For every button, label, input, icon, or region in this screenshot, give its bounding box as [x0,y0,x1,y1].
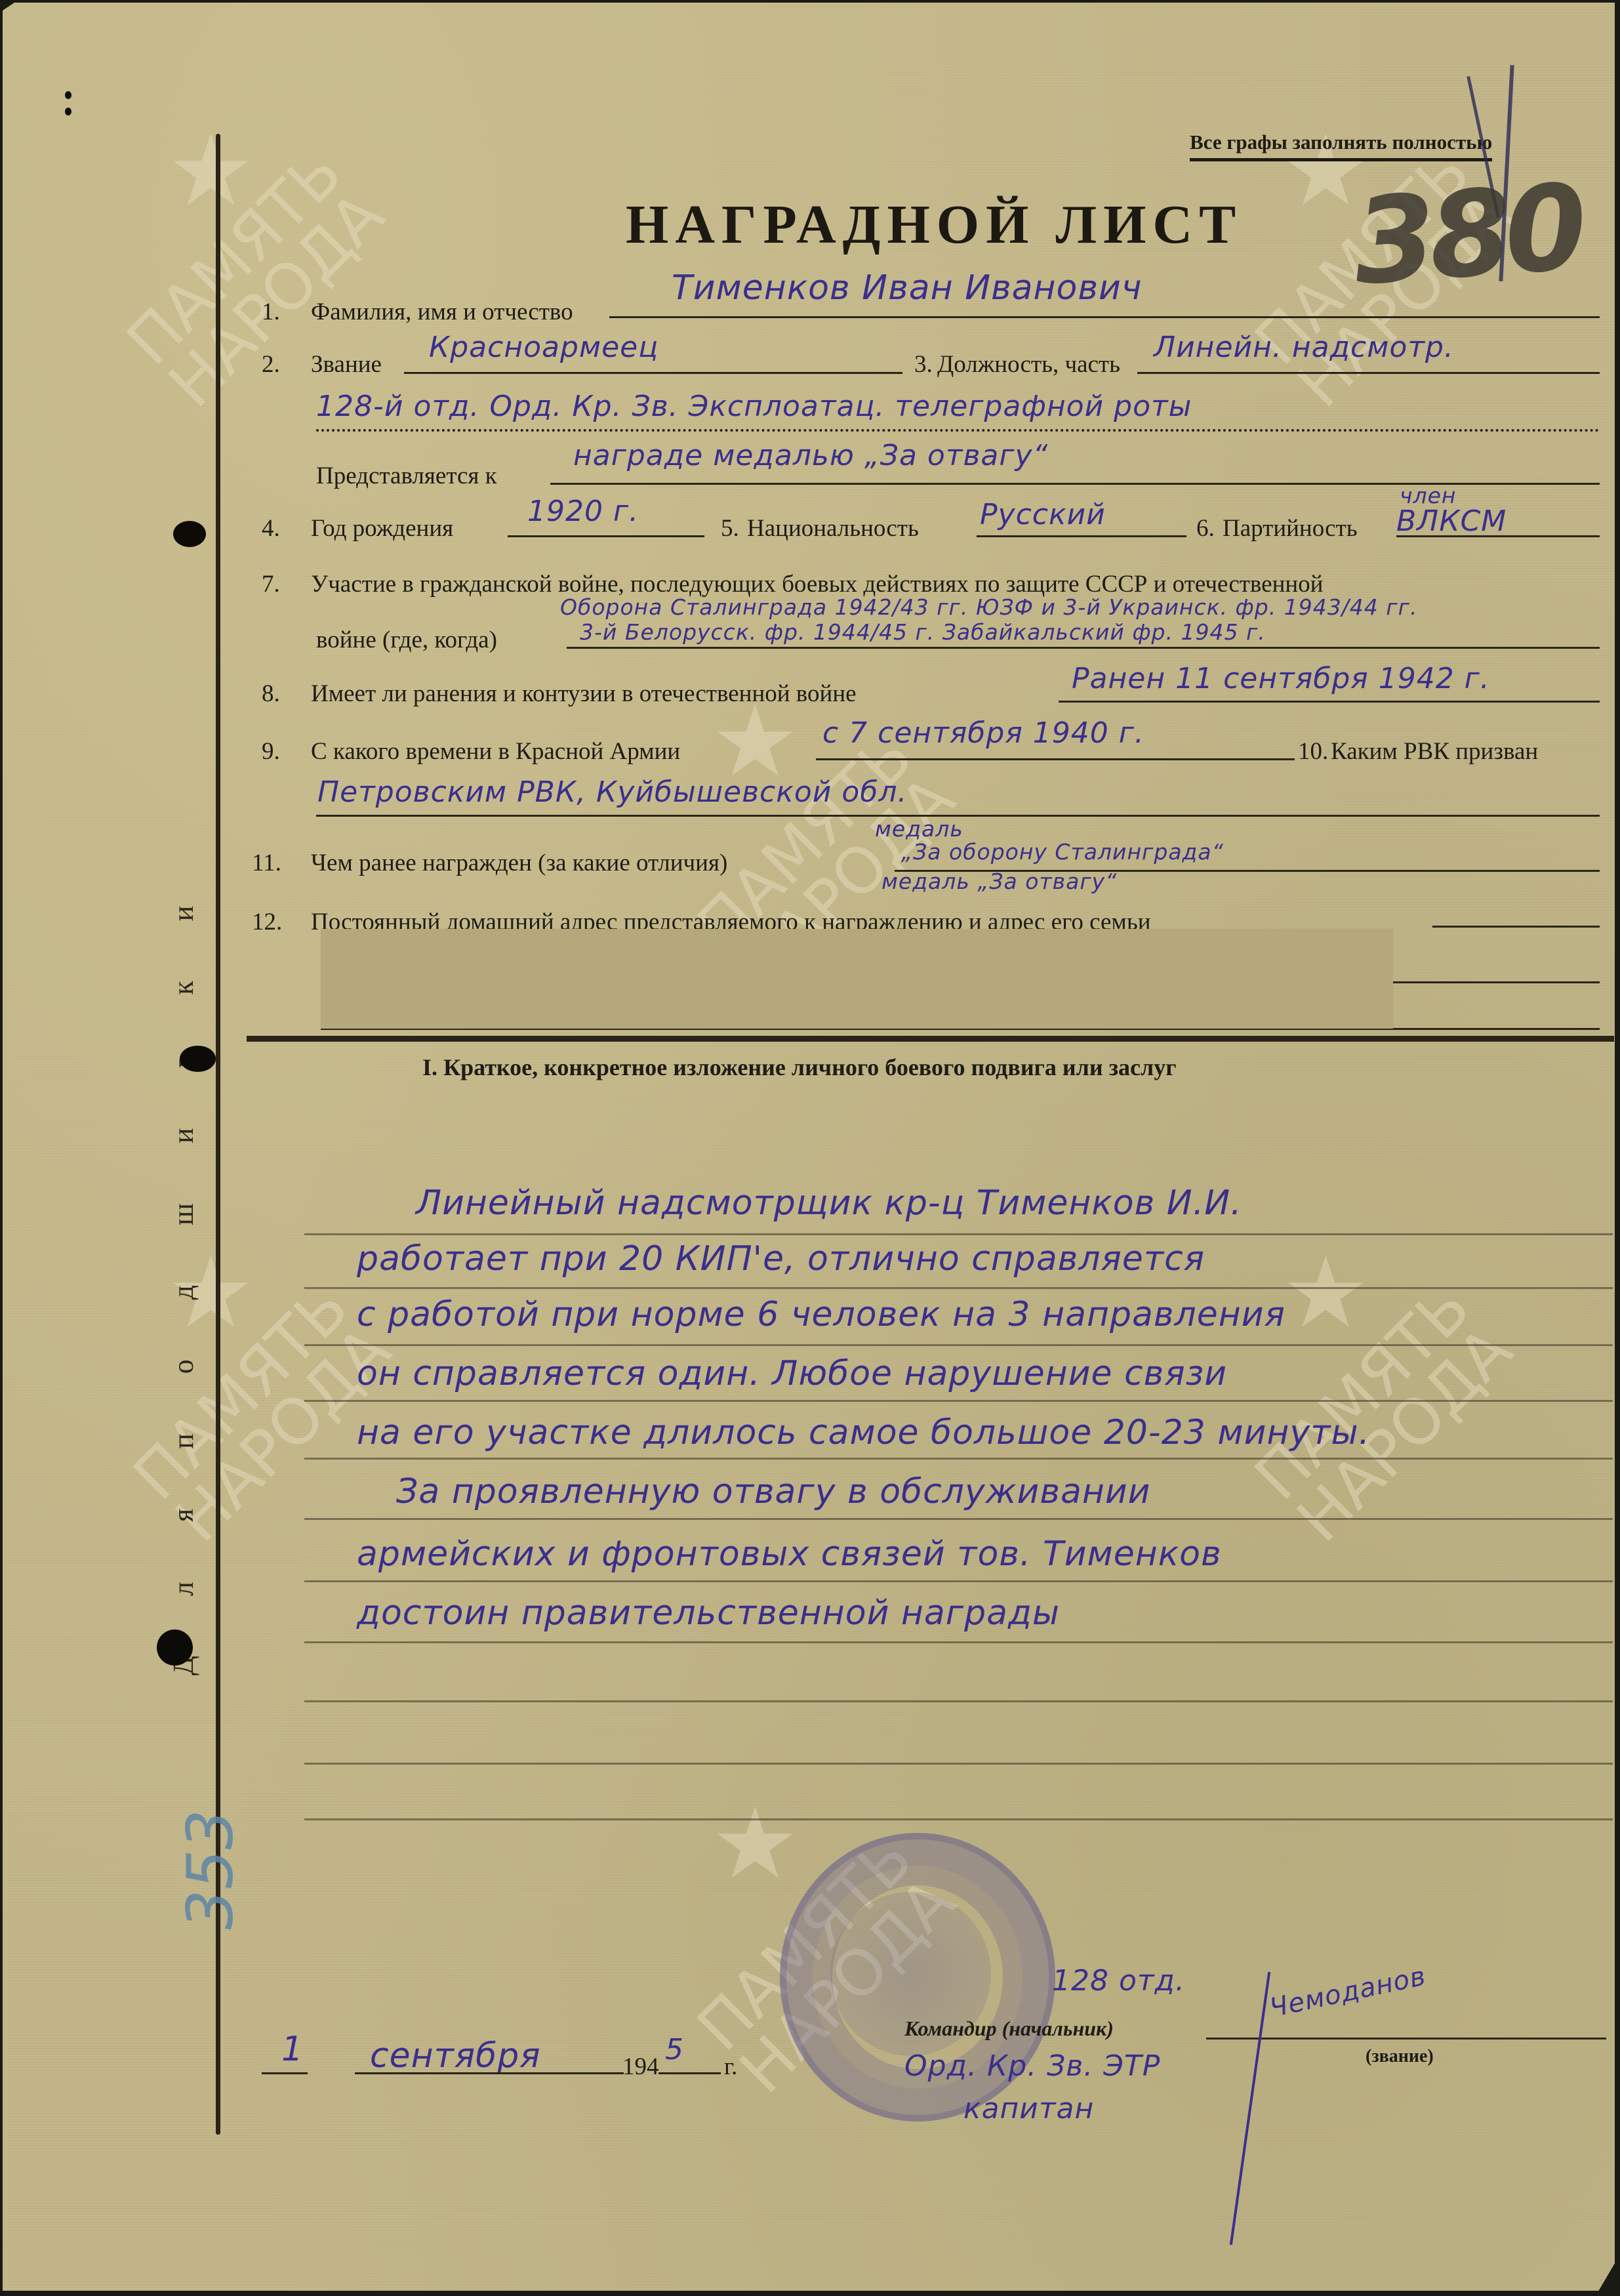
field-4-value: 1920 г. [527,495,639,528]
narrative-rule [304,1458,1613,1460]
field-2-value: Красноармеец [429,331,658,364]
narrative-rule [304,1233,1613,1235]
nominated-value: награде медалью „За отвагу“ [573,439,1048,472]
archive-number: 380 [1349,159,1585,312]
date-day: 1 [281,2030,304,2069]
field-3-value: Линейн. надсмотр. [1154,331,1454,364]
narrative-rule [304,1580,1613,1582]
section-title: I. Краткое, конкретное изложение личного… [422,1054,1177,1081]
field-12-underline [1432,926,1600,928]
field-11-value-line2: медаль „За отвагу“ [881,869,1117,894]
narrative-rule [304,1818,1613,1820]
field-1-underline [609,316,1600,318]
signature-stroke [1230,1972,1270,2245]
date-year-prefix: 194 [622,2053,659,2081]
unit-line-2: Орд. Кр. Зв. ЭТР [904,2049,1160,2083]
narrative-rule [304,1344,1613,1346]
field-7-value-line2: 3-й Белорусск. фр. 1944/45 г. Забайкальс… [580,619,1266,645]
punch-hole [180,1046,216,1072]
field-11-value-top: медаль [875,816,963,842]
rank-caption: (звание) [1366,2046,1434,2067]
field-5-underline [977,535,1186,537]
field-5-label: Национальность [747,514,919,543]
narrative-rule [304,1700,1613,1702]
field-11-number: 11. [252,849,281,877]
date-year-underline [658,2072,721,2074]
field-11-label: Чем ранее награжден (за какие отличия) [311,849,727,877]
field-4-underline [508,535,704,537]
field-7-value-line1: Оборона Сталинграда 1942/43 гг. ЮЗФ и 3-… [560,594,1417,620]
field-8-underline [1059,701,1600,703]
document-title: НАГРАДНОЙ ЛИСТ [626,193,1242,256]
binding-caption: Д л я п о д ш и в к и [167,880,200,1675]
field-10-value: Петровским РВК, Куйбышевской обл. [317,775,908,809]
field-2-number: 2. [262,350,280,379]
date-month-underline [355,2072,624,2074]
field-8-number: 8. [262,680,280,708]
commander-rank: капитан [963,2092,1094,2125]
field-7-number: 7. [262,570,280,598]
narrative-rule [304,1518,1613,1520]
commander-signature: Чемоданов [1267,1961,1428,2023]
narrative-line: За проявленную отвагу в обслуживании [396,1472,1150,1511]
field-4-label: Год рождения [311,514,453,543]
watermark-star-icon: ★ [711,1787,799,1901]
margin-pencil-mark: 353 [174,1809,247,1929]
field-9-label: С какого времени в Красной Армии [311,737,680,766]
field-3-underline [1137,372,1600,374]
date-month: сентября [370,2036,541,2076]
field-9-value: с 7 сентября 1940 г. [822,716,1144,750]
field-3-label: Должность, часть [937,350,1120,379]
field-9-underline [816,758,1295,760]
field-8-label: Имеет ли ранения и контузии в отечествен… [311,680,857,708]
field-2-label: Звание [311,350,382,379]
narrative-rule [304,1287,1613,1289]
field-10-number: 10. [1298,737,1328,766]
field-10-label: Каким РВК призван [1331,737,1538,766]
narrative-line: достоин правительственной награды [357,1593,1060,1633]
date-suffix: г. [724,2053,737,2081]
commander-label: Командир (начальник) [904,2017,1114,2041]
date-day-underline [262,2072,308,2074]
field-4-number: 4. [262,514,280,543]
field-7-label-continued: войне (где, когда) [316,626,497,654]
field-5-value: Русский [980,498,1106,531]
field-9-number: 9. [262,737,280,766]
narrative-rule [304,1400,1613,1402]
pin-hole [65,108,71,115]
pin-hole [65,91,71,99]
field-11-value: „За оборону Сталинграда“ [901,839,1224,865]
field-6-label: Партийность [1223,514,1358,543]
award-sheet: ★ ПАМЯТЬ НАРОДА ★ ПАМЯТЬ НАРОДА ★ ПАМЯТЬ… [3,3,1615,2291]
punch-hole [157,1630,193,1666]
narrative-line: армейских и фронтовых связей тов. Тименк… [357,1534,1222,1574]
narrative-line: он справляется один. Любое нарушение свя… [357,1354,1227,1393]
watermark-star-icon: ★ [1282,1236,1369,1350]
field-12-address-line [1393,981,1600,983]
field-6-value: ВЛКСМ [1396,504,1507,538]
field-5-number: 5. [721,514,739,543]
narrative-rule [304,1763,1613,1765]
redacted-address-block [321,929,1393,1029]
field-1-value: Тименков Иван Иванович [672,268,1143,308]
narrative-line: с работой при норме 6 человек на 3 напра… [357,1295,1286,1334]
field-1-number: 1. [262,298,280,326]
field-8-value: Ранен 11 сентября 1942 г. [1072,662,1490,695]
field-6-number: 6. [1196,514,1215,543]
nominated-label: Представляется к [316,462,497,490]
punch-hole [173,521,206,547]
field-2-underline [404,372,902,374]
narrative-line: работает при 20 КИП'е, отлично справляет… [357,1239,1205,1279]
field-3-number: 3. [914,350,933,379]
field-1-label: Фамилия, имя и отчество [311,298,573,326]
section-divider [247,1036,1614,1042]
field-12-number: 12. [252,908,282,936]
signature-line [1206,2038,1606,2040]
date-year-suffix: 5 [665,2033,684,2066]
narrative-line: на его участке длилось самое большое 20-… [357,1413,1370,1452]
header-instruction: Все графы заполнять полностью [1190,131,1492,161]
unit-line-1: 128 отд. [1052,1964,1185,1998]
field-3-value-continued: 128-й отд. Орд. Кр. Зв. Эксплоатац. теле… [316,390,1192,423]
narrative-rule [304,1641,1613,1643]
field-7-underline [567,647,1600,649]
field-3-continuation-line [316,429,1600,432]
narrative-line: Линейный надсмотрщик кр-ц Тименков И.И. [416,1183,1242,1223]
